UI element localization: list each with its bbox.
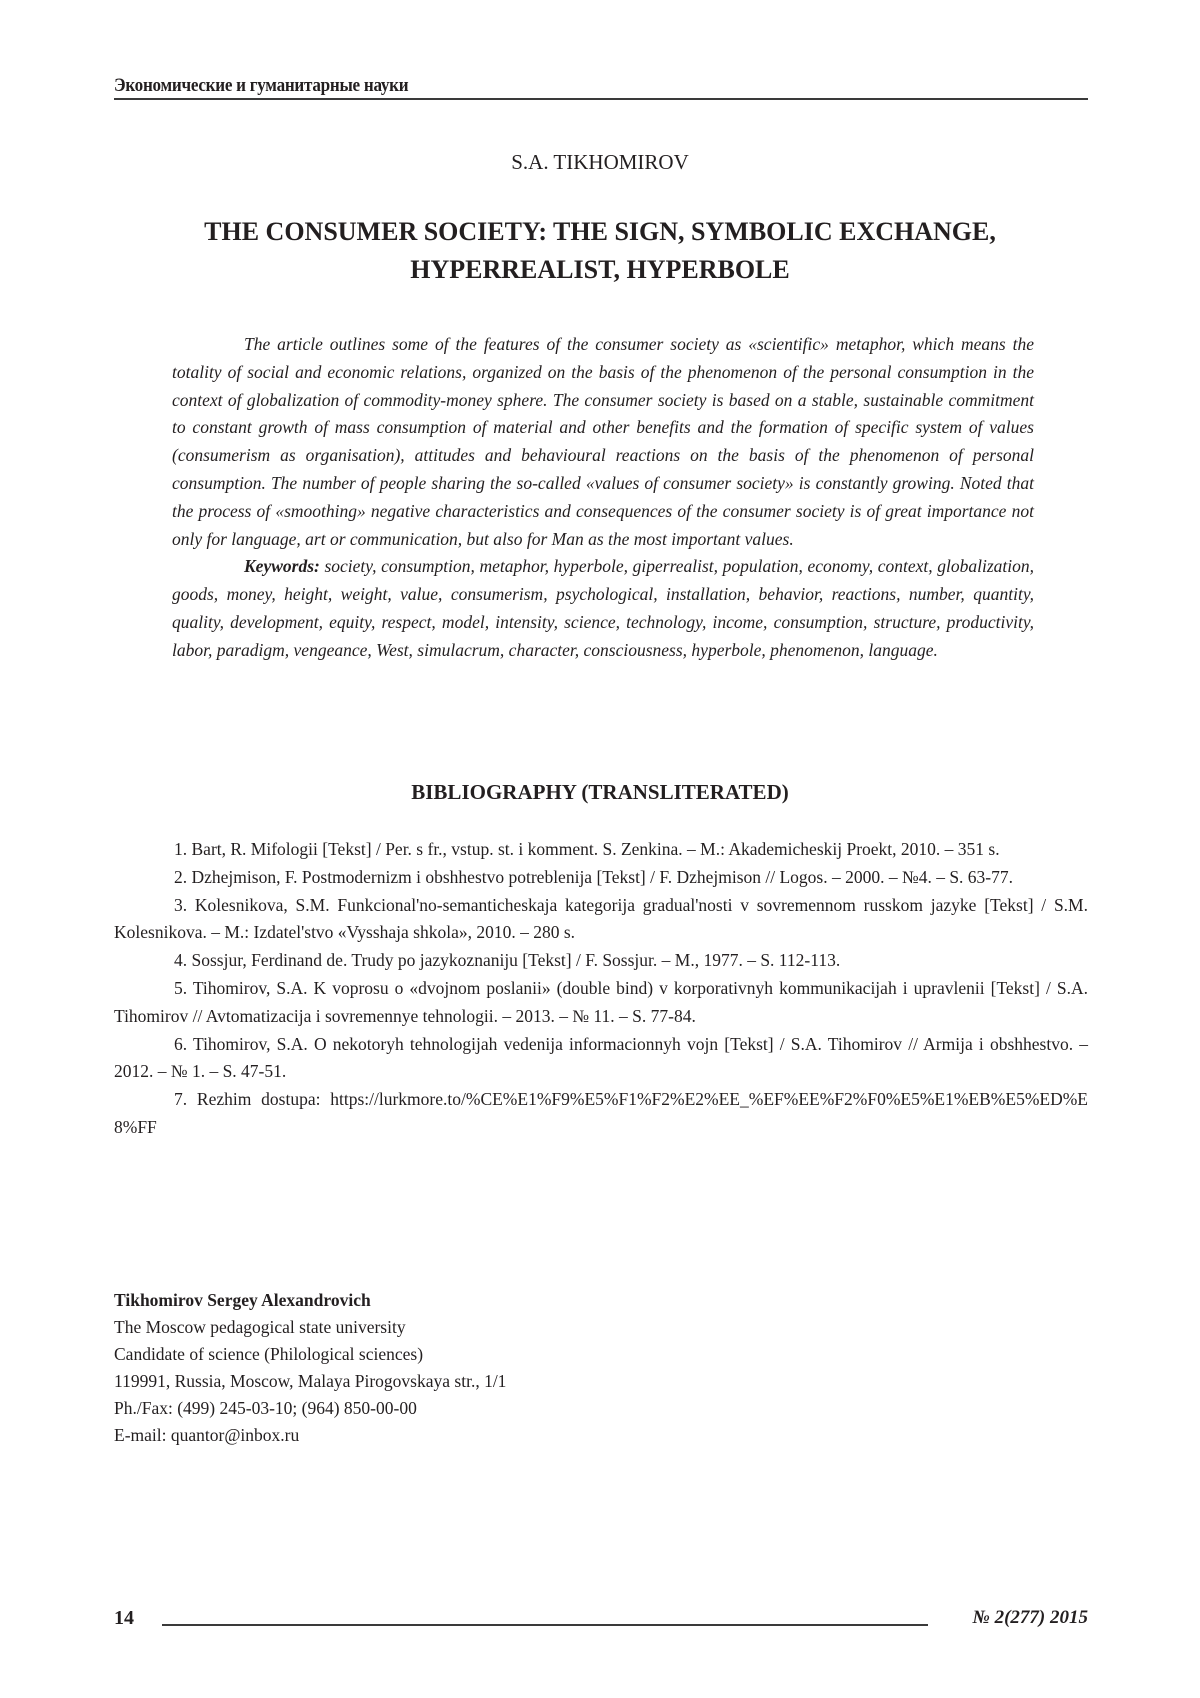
article-author: S.A. TIKHOMIROV xyxy=(0,150,1200,175)
bibliography-item: 2. Dzhejmison, F. Postmodernizm i obshhe… xyxy=(114,864,1088,892)
author-affiliation: The Moscow pedagogical state university xyxy=(114,1314,506,1341)
keywords-label: Keywords: xyxy=(244,556,320,576)
page-number: 14 xyxy=(114,1607,134,1630)
author-name: Tikhomirov Sergey Alexandrovich xyxy=(114,1287,506,1314)
footer-rule xyxy=(162,1624,928,1626)
bibliography-item: 6. Tihomirov, S.A. O nekotoryh tehnologi… xyxy=(114,1031,1088,1087)
author-address: 119991, Russia, Moscow, Malaya Pirogovsk… xyxy=(114,1368,506,1395)
abstract: The article outlines some of the feature… xyxy=(172,331,1034,665)
bibliography-heading: BIBLIOGRAPHY (TRANSLITERATED) xyxy=(0,780,1200,805)
author-degree: Candidate of science (Philological scien… xyxy=(114,1341,506,1368)
running-header: Экономические и гуманитарные науки xyxy=(114,76,1088,100)
bibliography-item: 4. Sossjur, Ferdinand de. Trudy po jazyk… xyxy=(114,947,1088,975)
bibliography-list: 1. Bart, R. Mifologii [Tekst] / Per. s f… xyxy=(114,836,1088,1142)
page-footer: 14 № 2(277) 2015 xyxy=(114,1607,1088,1637)
author-phone: Ph./Fax: (499) 245-03-10; (964) 850-00-0… xyxy=(114,1395,506,1422)
issue-number: № 2(277) 2015 xyxy=(972,1607,1088,1629)
bibliography-item: 3. Kolesnikova, S.M. Funkcional'no-seman… xyxy=(114,892,1088,948)
author-info: Tikhomirov Sergey Alexandrovich The Mosc… xyxy=(114,1287,506,1449)
author-email: E-mail: quantor@inbox.ru xyxy=(114,1422,506,1449)
bibliography-item: 5. Tihomirov, S.A. K voprosu o «dvojnom … xyxy=(114,975,1088,1031)
bibliography-item: 1. Bart, R. Mifologii [Tekst] / Per. s f… xyxy=(114,836,1088,864)
keywords: Keywords: society, consumption, metaphor… xyxy=(172,553,1034,664)
journal-section-title: Экономические и гуманитарные науки xyxy=(114,76,408,96)
article-title: THE CONSUMER SOCIETY: THE SIGN, SYMBOLIC… xyxy=(140,213,1060,289)
abstract-text: The article outlines some of the feature… xyxy=(172,331,1034,553)
bibliography-item: 7. Rezhim dostupa: https://lurkmore.to/%… xyxy=(114,1086,1088,1142)
